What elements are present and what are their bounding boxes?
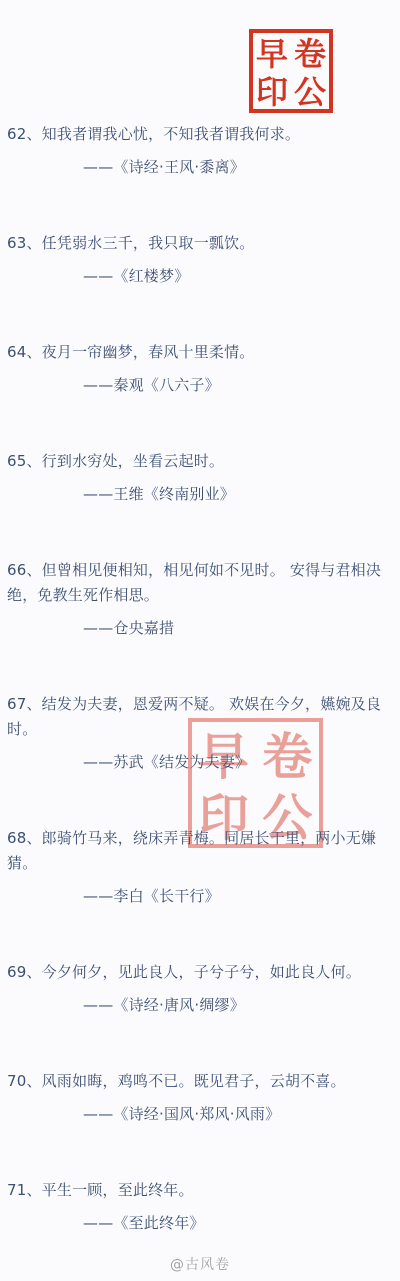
quote-line: 63、任凭弱水三千，我只取一瓢饮。 <box>7 231 392 256</box>
quote-item-65: 65、行到水穷处，坐看云起时。——王维《终南别业》 <box>7 449 392 507</box>
quote-text: 65、行到水穷处，坐看云起时。 <box>7 449 392 474</box>
seal-char-bottom-right: 公 <box>291 71 329 109</box>
quote-text: 68、郎骑竹马来，绕床弄青梅。同居长干里，两小无嫌猜。 <box>7 826 392 876</box>
quote-text: 70、风雨如晦，鸡鸣不已。既见君子，云胡不喜。 <box>7 1069 392 1094</box>
quote-text: 63、任凭弱水三千，我只取一瓢饮。 <box>7 231 392 256</box>
quote-text: 69、今夕何夕，见此良人，子兮子兮，如此良人何。 <box>7 960 392 985</box>
quote-source: ——仓央嘉措 <box>7 616 392 641</box>
quote-line: 65、行到水穷处，坐看云起时。 <box>7 449 392 474</box>
quote-line: 66、但曾相见便相知，相见何如不见时。 安得与君相决 <box>7 558 392 583</box>
quote-item-67: 67、结发为夫妻，恩爱两不疑。 欢娱在今夕，嬿婉及良时。——苏武《结发为夫妻》 <box>7 692 392 775</box>
quote-line: 68、郎骑竹马来，绕床弄青梅。同居长干里，两小无嫌猜。 <box>7 826 392 876</box>
quote-line: 64、夜月一帘幽梦，春风十里柔情。 <box>7 340 392 365</box>
quote-item-64: 64、夜月一帘幽梦，春风十里柔情。——秦观《八六子》 <box>7 340 392 398</box>
quote-source: ——《诗经·王风·黍离》 <box>7 155 392 180</box>
quote-source: ——《红楼梦》 <box>7 264 392 289</box>
seal-stamp-top: 早 卷 印 公 <box>249 29 333 113</box>
quote-line: 绝，免教生死作相思。 <box>7 583 392 608</box>
quote-item-69: 69、今夕何夕，见此良人，子兮子兮，如此良人何。——《诗经·唐风·绸缪》 <box>7 960 392 1018</box>
seal-char-top-right: 卷 <box>291 33 329 71</box>
quote-item-71: 71、平生一顾，至此终年。——《至此终年》 <box>7 1178 392 1236</box>
quote-source: ——秦观《八六子》 <box>7 373 392 398</box>
seal-char-bottom-left: 印 <box>253 71 291 109</box>
quote-item-70: 70、风雨如晦，鸡鸣不已。既见君子，云胡不喜。——《诗经·国风·郑风·风雨》 <box>7 1069 392 1127</box>
quote-text: 64、夜月一帘幽梦，春风十里柔情。 <box>7 340 392 365</box>
quote-line: 67、结发为夫妻，恩爱两不疑。 欢娱在今夕，嬿婉及良 <box>7 692 392 717</box>
quote-text: 62、知我者谓我心忧，不知我者谓我何求。 <box>7 122 392 147</box>
quotes-list: 62、知我者谓我心忧，不知我者谓我何求。——《诗经·王风·黍离》63、任凭弱水三… <box>0 0 400 1236</box>
quote-item-68: 68、郎骑竹马来，绕床弄青梅。同居长干里，两小无嫌猜。——李白《长干行》 <box>7 826 392 909</box>
quote-line: 62、知我者谓我心忧，不知我者谓我何求。 <box>7 122 392 147</box>
quote-line: 69、今夕何夕，见此良人，子兮子兮，如此良人何。 <box>7 960 392 985</box>
quote-line: 时。 <box>7 717 392 742</box>
watermark-credit: @古风卷 <box>0 1254 400 1274</box>
quote-source: ——苏武《结发为夫妻》 <box>7 750 392 775</box>
quote-text: 71、平生一顾，至此终年。 <box>7 1178 392 1203</box>
quote-source: ——《至此终年》 <box>7 1211 392 1236</box>
quote-text: 66、但曾相见便相知，相见何如不见时。 安得与君相决绝，免教生死作相思。 <box>7 558 392 608</box>
quote-item-63: 63、任凭弱水三千，我只取一瓢饮。——《红楼梦》 <box>7 231 392 289</box>
quote-source: ——王维《终南别业》 <box>7 482 392 507</box>
page: 早 卷 印 公 早 卷 印 公 62、知我者谓我心忧，不知我者谓我何求。——《诗… <box>0 0 400 1281</box>
seal-char-top-left: 早 <box>253 33 291 71</box>
quote-source: ——《诗经·唐风·绸缪》 <box>7 993 392 1018</box>
quote-line: 70、风雨如晦，鸡鸣不已。既见君子，云胡不喜。 <box>7 1069 392 1094</box>
quote-line: 71、平生一顾，至此终年。 <box>7 1178 392 1203</box>
quote-item-62: 62、知我者谓我心忧，不知我者谓我何求。——《诗经·王风·黍离》 <box>7 122 392 180</box>
quote-source: ——李白《长干行》 <box>7 884 392 909</box>
quote-item-66: 66、但曾相见便相知，相见何如不见时。 安得与君相决绝，免教生死作相思。——仓央… <box>7 558 392 641</box>
quote-text: 67、结发为夫妻，恩爱两不疑。 欢娱在今夕，嬿婉及良时。 <box>7 692 392 742</box>
quote-source: ——《诗经·国风·郑风·风雨》 <box>7 1102 392 1127</box>
